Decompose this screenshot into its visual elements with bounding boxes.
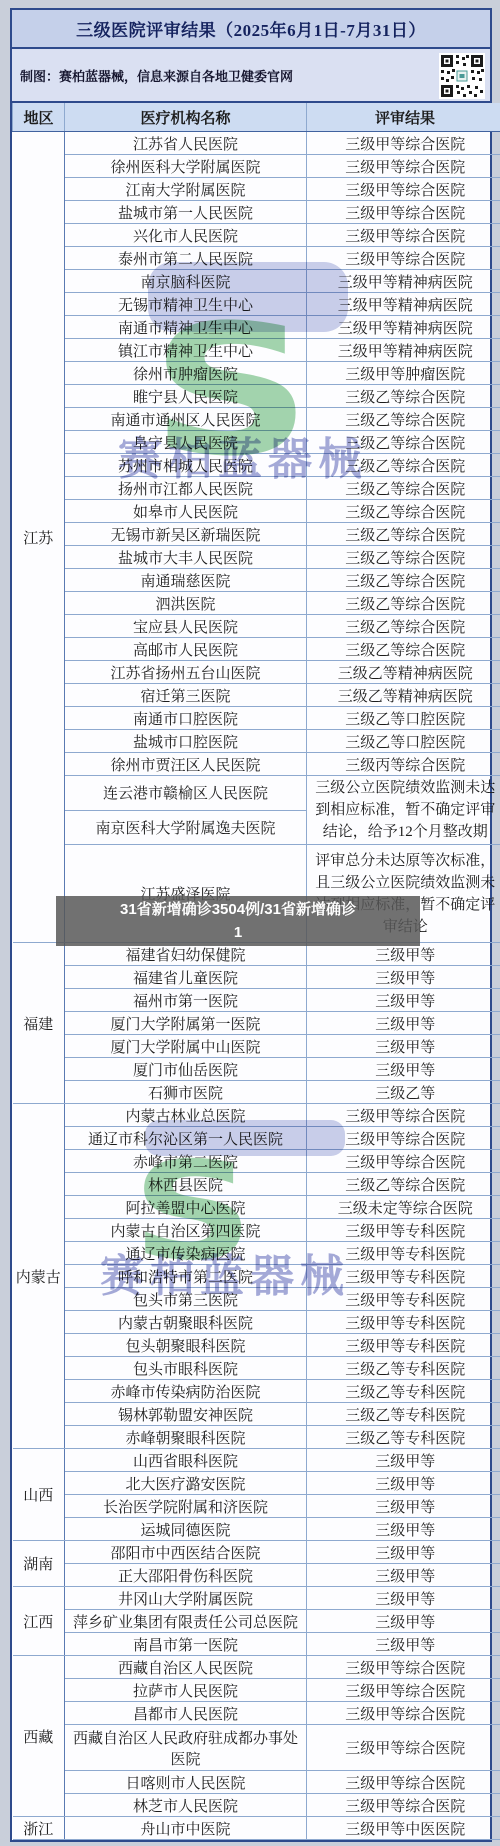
table-row: 林西县医院三级乙等综合医院: [13, 1173, 500, 1196]
table-row: 内蒙古自治区第四医院三级甲等专科医院: [13, 1219, 500, 1242]
review-result-cell: 三级乙等专科医院: [307, 1426, 500, 1449]
hospital-name-cell: 日喀则市人民医院: [65, 1771, 307, 1794]
review-result-cell: 三级甲等: [307, 1449, 500, 1472]
table-row: 阜宁县人民医院三级乙等综合医院: [13, 431, 500, 454]
table-row: 锡林郭勒盟安神医院三级乙等专科医院: [13, 1403, 500, 1426]
hospital-name-cell: 南京医科大学附属逸夫医院: [65, 810, 307, 845]
table-row: 泗洪医院三级乙等综合医院: [13, 592, 500, 615]
hospital-name-cell: 赤峰朝聚眼科医院: [65, 1426, 307, 1449]
hospital-name-cell: 内蒙古林业总医院: [65, 1104, 307, 1127]
review-result-cell: 三级乙等精神病医院: [307, 661, 500, 684]
table-row: 湖南邵阳市中西医结合医院三级甲等: [13, 1541, 500, 1564]
table-row: 南通市口腔医院三级乙等口腔医院: [13, 707, 500, 730]
review-result-cell: 三级未定等综合医院: [307, 1196, 500, 1219]
hospital-name-cell: 徐州医科大学附属医院: [65, 155, 307, 178]
hospital-name-cell: 北大医疗潞安医院: [65, 1472, 307, 1495]
column-header-region: 地区: [13, 103, 65, 132]
hospital-name-cell: 拉萨市人民医院: [65, 1679, 307, 1702]
hospital-name-cell: 福建省儿童医院: [65, 966, 307, 989]
hospital-name-cell: 兴化市人民医院: [65, 224, 307, 247]
region-cell: 江西: [13, 1587, 65, 1656]
review-result-cell: 三级甲等中医医院: [307, 1817, 500, 1840]
hospital-name-cell: 宝应县人民医院: [65, 615, 307, 638]
hospital-name-cell: 盐城市第一人民医院: [65, 201, 307, 224]
review-result-cell: 三级甲等: [307, 1012, 500, 1035]
review-result-cell: 三级乙等综合医院: [307, 615, 500, 638]
hospital-name-cell: 南通市精神卫生中心: [65, 316, 307, 339]
table-row: 昌都市人民医院三级甲等综合医院: [13, 1702, 500, 1725]
table-row: 内蒙古朝聚眼科医院三级甲等专科医院: [13, 1311, 500, 1334]
review-result-cell: 三级甲等综合医院: [307, 1794, 500, 1817]
hospital-name-cell: 西藏自治区人民医院: [65, 1656, 307, 1679]
page-title: 三级医院评审结果（2025年6月1日-7月31日）: [76, 16, 426, 41]
table-row: 拉萨市人民医院三级甲等综合医院: [13, 1679, 500, 1702]
review-result-cell: 三级乙等综合医院: [307, 385, 500, 408]
review-result-cell: 三级乙等综合医院: [307, 500, 500, 523]
table-row: 日喀则市人民医院三级甲等综合医院: [13, 1771, 500, 1794]
hospital-name-cell: 厦门大学附属第一医院: [65, 1012, 307, 1035]
hospital-name-cell: 连云港市赣榆区人民医院: [65, 776, 307, 811]
hospital-name-cell: 江苏省人民医院: [65, 132, 307, 155]
hospital-name-cell: 林西县医院: [65, 1173, 307, 1196]
hospital-name-cell: 徐州市贾汪区人民医院: [65, 753, 307, 776]
review-table: 地区 医疗机构名称 评审结果 江苏江苏省人民医院三级甲等综合医院徐州医科大学附属…: [12, 103, 500, 1840]
table-row: 福州市第一医院三级甲等: [13, 989, 500, 1012]
table-row: 南通市通州区人民医院三级乙等综合医院: [13, 408, 500, 431]
review-result-cell: 三级乙等综合医院: [307, 408, 500, 431]
review-result-cell: 三级甲等: [307, 1610, 500, 1633]
review-result-cell: 三级甲等: [307, 1472, 500, 1495]
review-result-cell: 三级甲等专科医院: [307, 1334, 500, 1357]
table-row: 赤峰市传染病防治医院三级乙等专科医院: [13, 1380, 500, 1403]
table-row: 包头朝聚眼科医院三级甲等专科医院: [13, 1334, 500, 1357]
table-row: 南通瑞慈医院三级乙等综合医院: [13, 569, 500, 592]
hospital-name-cell: 阿拉善盟中心医院: [65, 1196, 307, 1219]
review-result-cell: 三级甲等综合医院: [307, 1104, 500, 1127]
review-result-cell: 三级甲等精神病医院: [307, 293, 500, 316]
hospital-name-cell: 厦门市仙岳医院: [65, 1058, 307, 1081]
review-result-cell: 三级乙等: [307, 1081, 500, 1104]
review-result-cell: 三级甲等综合医院: [307, 1679, 500, 1702]
table-row: 林芝市人民医院三级甲等综合医院: [13, 1794, 500, 1817]
column-header-result: 评审结果: [307, 103, 500, 132]
table-row: 正大邵阳骨伤科医院三级甲等: [13, 1564, 500, 1587]
hospital-name-cell: 包头市眼科医院: [65, 1357, 307, 1380]
review-result-cell: 三级乙等综合医院: [307, 569, 500, 592]
hospital-name-cell: 邵阳市中西医结合医院: [65, 1541, 307, 1564]
table-row: 厦门市仙岳医院三级甲等: [13, 1058, 500, 1081]
caption-overlay: 31省新增确诊3504例/31省新增确诊 1: [56, 896, 420, 946]
hospital-name-cell: 正大邵阳骨伤科医院: [65, 1564, 307, 1587]
hospital-name-cell: 扬州市江都人民医院: [65, 477, 307, 500]
review-result-cell: 三级甲等专科医院: [307, 1219, 500, 1242]
review-result-cell: 三级乙等口腔医院: [307, 707, 500, 730]
review-result-cell: 三级乙等综合医院: [307, 431, 500, 454]
table-row: 睢宁县人民医院三级乙等综合医院: [13, 385, 500, 408]
review-result-cell: 三级乙等口腔医院: [307, 730, 500, 753]
hospital-name-cell: 盐城市大丰人民医院: [65, 546, 307, 569]
hospital-name-cell: 福州市第一医院: [65, 989, 307, 1012]
review-result-cell: 三级甲等综合医院: [307, 1656, 500, 1679]
table-row: 泰州市第二人民医院三级甲等综合医院: [13, 247, 500, 270]
review-result-cell: 三级乙等综合医院: [307, 523, 500, 546]
table-row: 苏州市相城人民医院三级乙等综合医院: [13, 454, 500, 477]
hospital-name-cell: 内蒙古朝聚眼科医院: [65, 1311, 307, 1334]
table-row: 通辽市科尔沁区第一人民医院三级甲等综合医院: [13, 1127, 500, 1150]
table-row: 如皋市人民医院三级乙等综合医院: [13, 500, 500, 523]
hospital-name-cell: 南通瑞慈医院: [65, 569, 307, 592]
review-result-cell: 三级公立医院绩效监测未达到相应标准，暂不确定评审结论，给予12个月整改期: [307, 776, 500, 845]
hospital-name-cell: 呼和浩特市第二医院: [65, 1265, 307, 1288]
hospital-name-cell: 盐城市口腔医院: [65, 730, 307, 753]
table-row: 高邮市人民医院三级乙等综合医院: [13, 638, 500, 661]
region-cell: 浙江: [13, 1817, 65, 1840]
table-row: 厦门大学附属第一医院三级甲等: [13, 1012, 500, 1035]
hospital-name-cell: 赤峰市传染病防治医院: [65, 1380, 307, 1403]
table-row: 北大医疗潞安医院三级甲等: [13, 1472, 500, 1495]
hospital-name-cell: 徐州市肿瘤医院: [65, 362, 307, 385]
hospital-name-cell: 泗洪医院: [65, 592, 307, 615]
hospital-name-cell: 通辽市传染病医院: [65, 1242, 307, 1265]
hospital-name-cell: 赤峰市第二医院: [65, 1150, 307, 1173]
table-row: 浙江舟山市中医院三级甲等中医医院: [13, 1817, 500, 1840]
table-row: 呼和浩特市第二医院三级甲等专科医院: [13, 1265, 500, 1288]
region-cell: 湖南: [13, 1541, 65, 1587]
table-header-row: 地区 医疗机构名称 评审结果: [13, 103, 500, 132]
review-result-cell: 三级甲等综合医院: [307, 201, 500, 224]
hospital-name-cell: 泰州市第二人民医院: [65, 247, 307, 270]
review-result-cell: 三级甲等综合医院: [307, 178, 500, 201]
infographic-page: 三级医院评审结果（2025年6月1日-7月31日） 制图：赛柏蓝器械，信息来源自…: [0, 0, 500, 1846]
caption-line-1: 31省新增确诊3504例/31省新增确诊: [56, 898, 420, 921]
table-row: 长治医学院附属和济医院三级甲等: [13, 1495, 500, 1518]
review-result-cell: 三级乙等专科医院: [307, 1357, 500, 1380]
hospital-name-cell: 镇江市精神卫生中心: [65, 339, 307, 362]
hospital-name-cell: 包头市第三医院: [65, 1288, 307, 1311]
review-result-cell: 三级甲等专科医院: [307, 1311, 500, 1334]
review-result-cell: 三级甲等: [307, 1495, 500, 1518]
review-result-cell: 三级甲等: [307, 1058, 500, 1081]
hospital-name-cell: 阜宁县人民医院: [65, 431, 307, 454]
hospital-name-cell: 如皋市人民医院: [65, 500, 307, 523]
table-row: 赤峰市第二医院三级甲等综合医院: [13, 1150, 500, 1173]
credit-bar: 制图：赛柏蓝器械，信息来源自各地卫健委官网: [12, 49, 490, 103]
review-result-cell: 三级甲等综合医院: [307, 1725, 500, 1771]
hospital-name-cell: 南昌市第一医院: [65, 1633, 307, 1656]
hospital-name-cell: 通辽市科尔沁区第一人民医院: [65, 1127, 307, 1150]
hospital-name-cell: 高邮市人民医院: [65, 638, 307, 661]
review-result-cell: 三级甲等精神病医院: [307, 316, 500, 339]
caption-line-2: 1: [56, 921, 420, 944]
title-bar: 三级医院评审结果（2025年6月1日-7月31日）: [12, 10, 490, 49]
table-row: 西藏自治区人民政府驻成都办事处医院三级甲等综合医院: [13, 1725, 500, 1771]
review-result-cell: 三级甲等精神病医院: [307, 270, 500, 293]
hospital-name-cell: 无锡市精神卫生中心: [65, 293, 307, 316]
hospital-name-cell: 长治医学院附属和济医院: [65, 1495, 307, 1518]
table-row: 徐州市肿瘤医院三级甲等肿瘤医院: [13, 362, 500, 385]
qr-code: [439, 53, 485, 99]
table-row: 内蒙古内蒙古林业总医院三级甲等综合医院: [13, 1104, 500, 1127]
review-result-cell: 三级甲等肿瘤医院: [307, 362, 500, 385]
table-row: 江西井冈山大学附属医院三级甲等: [13, 1587, 500, 1610]
table-row: 江苏江苏省人民医院三级甲等综合医院: [13, 132, 500, 155]
review-result-cell: 三级甲等综合医院: [307, 224, 500, 247]
hospital-name-cell: 睢宁县人民医院: [65, 385, 307, 408]
table-row: 江苏省扬州五台山医院三级乙等精神病医院: [13, 661, 500, 684]
review-result-cell: 三级甲等: [307, 989, 500, 1012]
review-result-cell: 三级甲等综合医院: [307, 1771, 500, 1794]
region-cell: 江苏: [13, 132, 65, 943]
review-result-cell: 三级甲等专科医院: [307, 1288, 500, 1311]
review-result-cell: 三级甲等综合医院: [307, 1150, 500, 1173]
hospital-name-cell: 山西省眼科医院: [65, 1449, 307, 1472]
review-result-cell: 三级乙等综合医院: [307, 477, 500, 500]
table-row: 无锡市精神卫生中心三级甲等精神病医院: [13, 293, 500, 316]
hospital-name-cell: 江苏省扬州五台山医院: [65, 661, 307, 684]
table-row: 江南大学附属医院三级甲等综合医院: [13, 178, 500, 201]
hospital-name-cell: 舟山市中医院: [65, 1817, 307, 1840]
review-result-cell: 三级甲等: [307, 1518, 500, 1541]
review-result-cell: 三级甲等精神病医院: [307, 339, 500, 362]
review-result-cell: 三级甲等: [307, 1587, 500, 1610]
hospital-name-cell: 南通市口腔医院: [65, 707, 307, 730]
table-row: 通辽市传染病医院三级甲等专科医院: [13, 1242, 500, 1265]
review-result-cell: 三级甲等专科医院: [307, 1265, 500, 1288]
review-result-cell: 三级乙等专科医院: [307, 1403, 500, 1426]
table-row: 徐州医科大学附属医院三级甲等综合医院: [13, 155, 500, 178]
region-cell: 山西: [13, 1449, 65, 1541]
table-row: 镇江市精神卫生中心三级甲等精神病医院: [13, 339, 500, 362]
review-result-cell: 三级甲等专科医院: [307, 1242, 500, 1265]
hospital-name-cell: 西藏自治区人民政府驻成都办事处医院: [65, 1725, 307, 1771]
hospital-name-cell: 石狮市医院: [65, 1081, 307, 1104]
hospital-name-cell: 锡林郭勒盟安神医院: [65, 1403, 307, 1426]
hospital-name-cell: 井冈山大学附属医院: [65, 1587, 307, 1610]
review-result-cell: 三级乙等综合医院: [307, 1173, 500, 1196]
review-result-cell: 三级甲等综合医院: [307, 247, 500, 270]
table-row: 萍乡矿业集团有限责任公司总医院三级甲等: [13, 1610, 500, 1633]
review-result-cell: 三级乙等综合医院: [307, 546, 500, 569]
table-row: 山西山西省眼科医院三级甲等: [13, 1449, 500, 1472]
review-result-cell: 三级乙等综合医院: [307, 592, 500, 615]
table-row: 连云港市赣榆区人民医院三级公立医院绩效监测未达到相应标准，暂不确定评审结论，给予…: [13, 776, 500, 811]
review-result-cell: 三级乙等综合医院: [307, 454, 500, 477]
hospital-name-cell: 萍乡矿业集团有限责任公司总医院: [65, 1610, 307, 1633]
table-row: 宿迁第三医院三级乙等精神病医院: [13, 684, 500, 707]
review-result-cell: 三级丙等综合医院: [307, 753, 500, 776]
table-row: 无锡市新吴区新瑞医院三级乙等综合医院: [13, 523, 500, 546]
review-result-cell: 三级甲等: [307, 1564, 500, 1587]
table-row: 包头市第三医院三级甲等专科医院: [13, 1288, 500, 1311]
hospital-name-cell: 无锡市新吴区新瑞医院: [65, 523, 307, 546]
region-cell: 内蒙古: [13, 1104, 65, 1449]
column-header-hospital: 医疗机构名称: [65, 103, 307, 132]
region-cell: 福建: [13, 943, 65, 1104]
table-row: 徐州市贾汪区人民医院三级丙等综合医院: [13, 753, 500, 776]
table-row: 兴化市人民医院三级甲等综合医院: [13, 224, 500, 247]
hospital-name-cell: 南京脑科医院: [65, 270, 307, 293]
table-row: 赤峰朝聚眼科医院三级乙等专科医院: [13, 1426, 500, 1449]
review-result-cell: 三级乙等专科医院: [307, 1380, 500, 1403]
table-row: 南京脑科医院三级甲等精神病医院: [13, 270, 500, 293]
hospital-name-cell: 宿迁第三医院: [65, 684, 307, 707]
table-row: 运城同德医院三级甲等: [13, 1518, 500, 1541]
review-result-cell: 三级甲等: [307, 966, 500, 989]
review-result-cell: 三级乙等精神病医院: [307, 684, 500, 707]
review-result-cell: 三级甲等: [307, 1035, 500, 1058]
review-result-cell: 三级甲等: [307, 1541, 500, 1564]
table-row: 石狮市医院三级乙等: [13, 1081, 500, 1104]
review-result-cell: 三级甲等综合医院: [307, 132, 500, 155]
hospital-name-cell: 苏州市相城人民医院: [65, 454, 307, 477]
table-row: 南通市精神卫生中心三级甲等精神病医院: [13, 316, 500, 339]
table-row: 南昌市第一医院三级甲等: [13, 1633, 500, 1656]
table-row: 盐城市大丰人民医院三级乙等综合医院: [13, 546, 500, 569]
table-row: 盐城市第一人民医院三级甲等综合医院: [13, 201, 500, 224]
table-row: 宝应县人民医院三级乙等综合医院: [13, 615, 500, 638]
table-row: 福建省儿童医院三级甲等: [13, 966, 500, 989]
review-result-cell: 三级甲等综合医院: [307, 1127, 500, 1150]
table-row: 盐城市口腔医院三级乙等口腔医院: [13, 730, 500, 753]
table-row: 西藏西藏自治区人民医院三级甲等综合医院: [13, 1656, 500, 1679]
hospital-name-cell: 包头朝聚眼科医院: [65, 1334, 307, 1357]
hospital-name-cell: 内蒙古自治区第四医院: [65, 1219, 307, 1242]
hospital-name-cell: 运城同德医院: [65, 1518, 307, 1541]
region-cell: 西藏: [13, 1656, 65, 1817]
review-result-cell: 三级甲等: [307, 1633, 500, 1656]
credit-text: 制图：赛柏蓝器械，信息来源自各地卫健委官网: [12, 66, 353, 85]
hospital-name-cell: 江南大学附属医院: [65, 178, 307, 201]
hospital-name-cell: 厦门大学附属中山医院: [65, 1035, 307, 1058]
table-row: 扬州市江都人民医院三级乙等综合医院: [13, 477, 500, 500]
review-result-cell: 三级甲等综合医院: [307, 155, 500, 178]
table-row: 阿拉善盟中心医院三级未定等综合医院: [13, 1196, 500, 1219]
hospital-name-cell: 林芝市人民医院: [65, 1794, 307, 1817]
review-result-cell: 三级乙等综合医院: [307, 638, 500, 661]
hospital-name-cell: 南通市通州区人民医院: [65, 408, 307, 431]
hospital-name-cell: 昌都市人民医院: [65, 1702, 307, 1725]
review-result-cell: 三级甲等综合医院: [307, 1702, 500, 1725]
table-row: 包头市眼科医院三级乙等专科医院: [13, 1357, 500, 1380]
table-row: 厦门大学附属中山医院三级甲等: [13, 1035, 500, 1058]
